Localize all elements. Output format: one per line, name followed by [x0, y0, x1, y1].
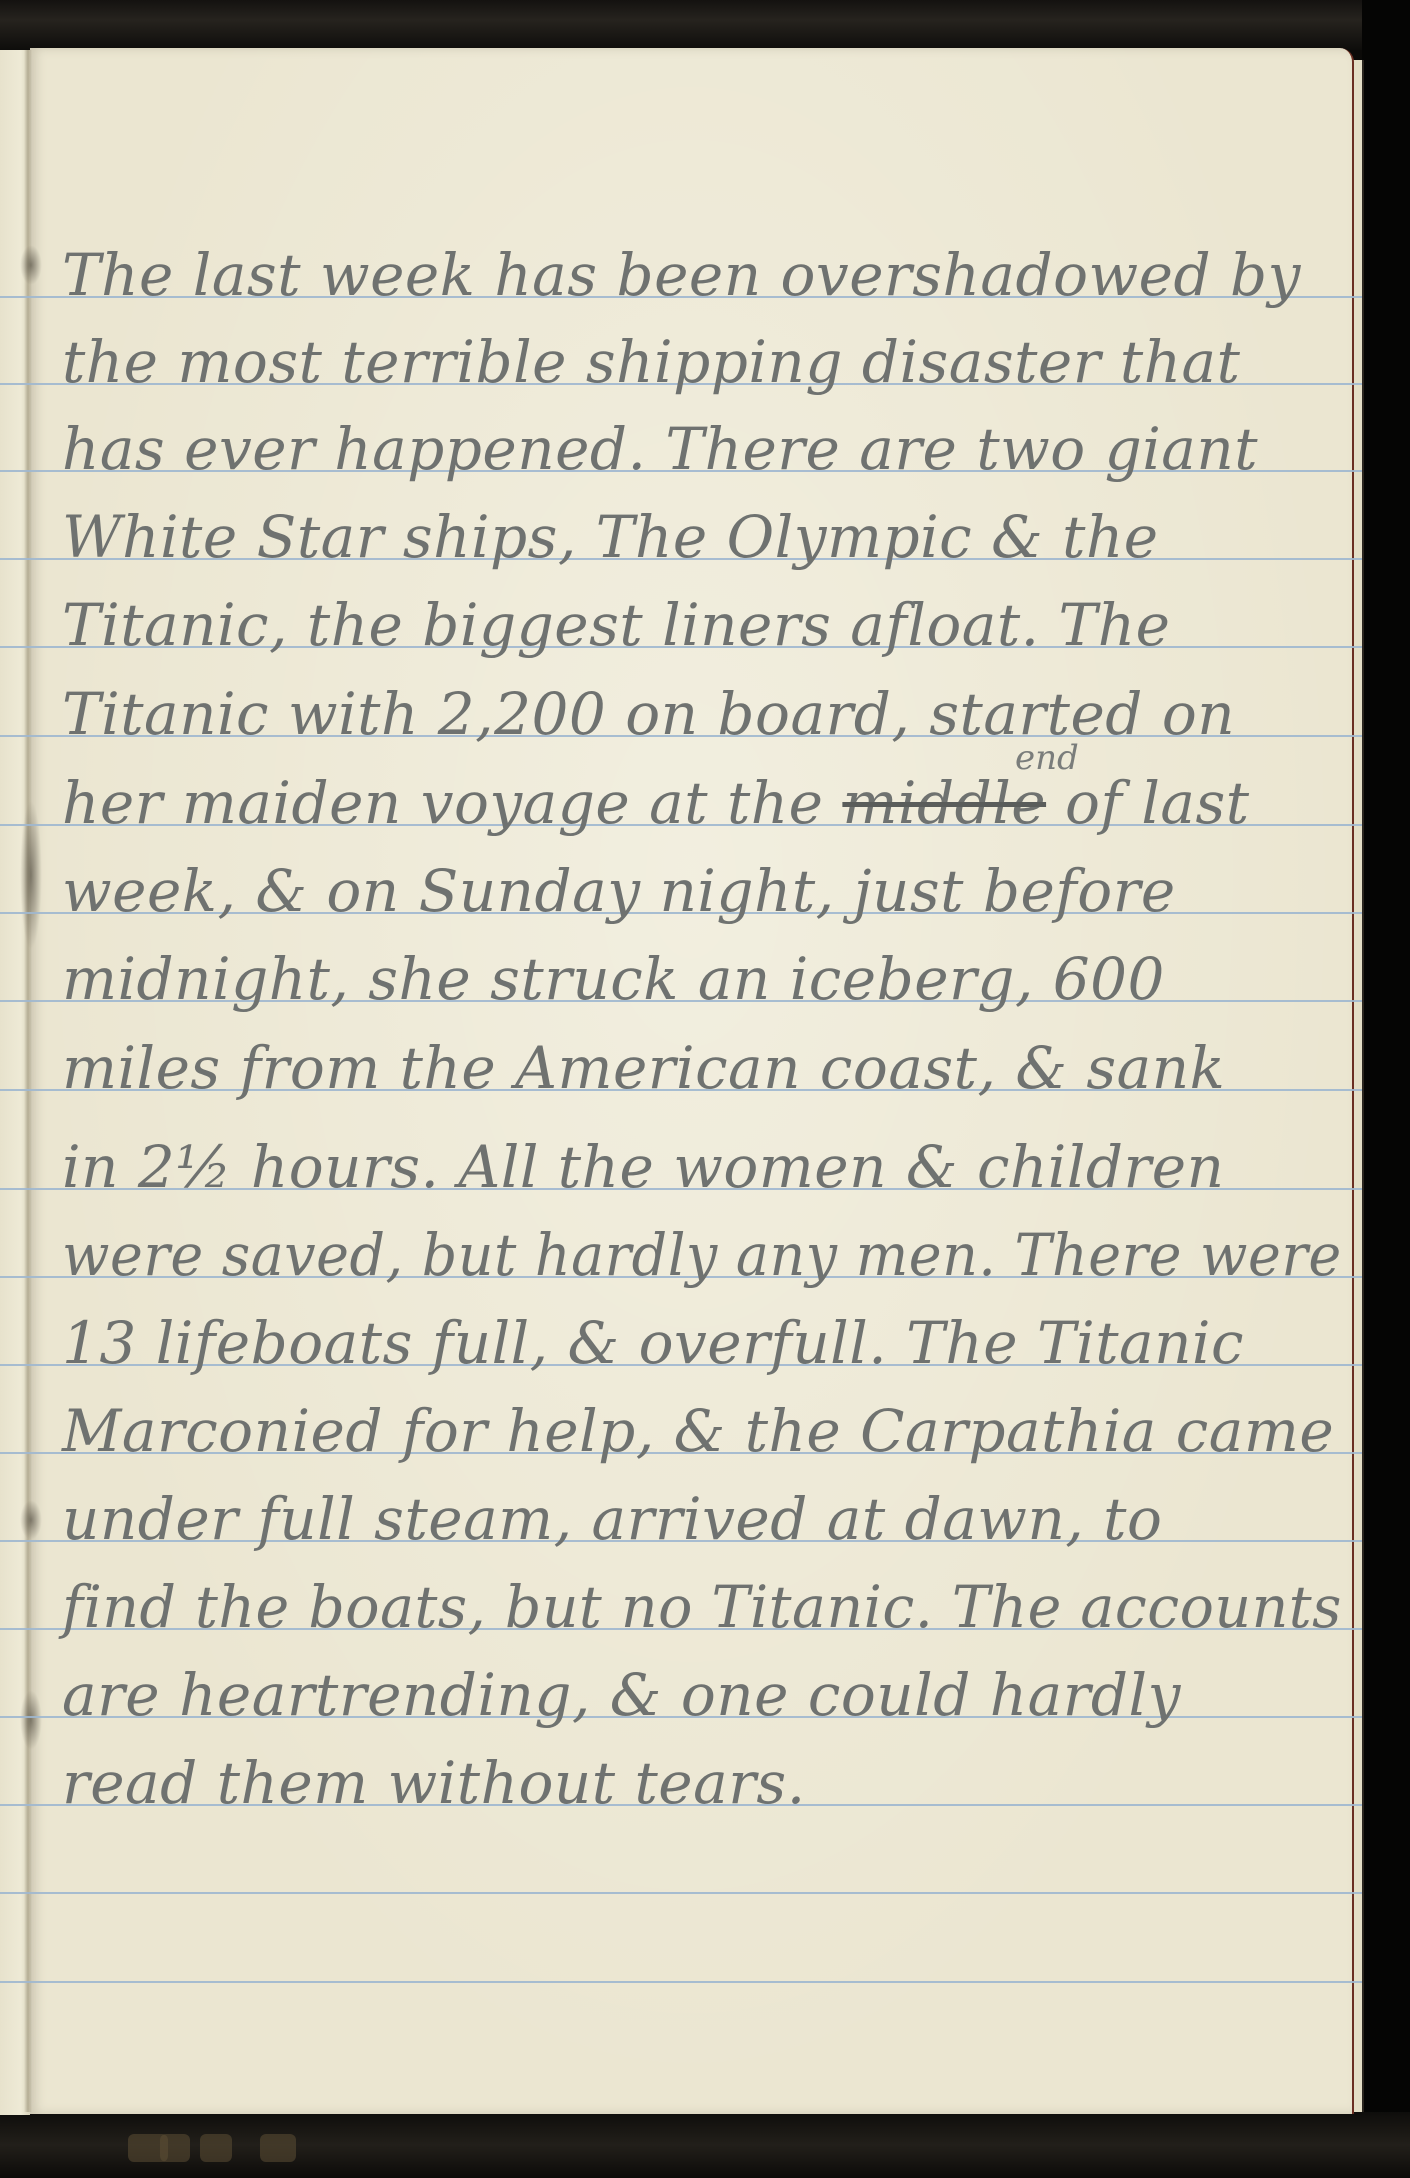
text-line: 13 lifeboats full, & overfull. The Titan… — [62, 1314, 1244, 1372]
text-line-with-correction: her maiden voyage at the middle of last — [62, 774, 1250, 832]
text-line: miles from the American coast, & sank — [62, 1039, 1225, 1097]
notebook-cover-bottom — [0, 2112, 1410, 2178]
text-line: find the boats, but no Titanic. The acco… — [62, 1578, 1342, 1636]
text-segment: her maiden voyage at the — [62, 769, 842, 837]
text-line: Titanic, the biggest liners afloat. The — [62, 596, 1170, 654]
inserted-correction: end — [1015, 738, 1079, 778]
text-line: are heartrending, & one could hardly — [62, 1666, 1181, 1724]
text-line: has ever happened. There are two giant — [62, 420, 1258, 478]
struck-out-word: middle — [842, 769, 1046, 837]
cover-emboss-mark — [260, 2134, 296, 2162]
text-line: Marconied for help, & the Carpathia came — [62, 1402, 1334, 1460]
text-line: in 2½ hours. All the women & children — [62, 1138, 1224, 1196]
text-line: read them without tears. — [62, 1754, 806, 1812]
notebook-cover-top — [0, 0, 1410, 50]
text-line: under full steam, arrived at dawn, to — [62, 1490, 1162, 1548]
text-line: Titanic with 2,200 on board, started on — [62, 685, 1235, 743]
cover-emboss-mark — [200, 2134, 232, 2162]
text-line: midnight, she struck an iceberg, 600 — [62, 950, 1165, 1008]
notebook-cover-right — [1362, 0, 1410, 2178]
text-line: the most terrible shipping disaster that — [62, 333, 1240, 391]
text-line: The last week has been overshadowed by — [62, 246, 1301, 304]
cover-emboss-mark — [160, 2134, 190, 2162]
text-line: week, & on Sunday night, just before — [62, 862, 1176, 920]
text-line: White Star ships, The Olympic & the — [62, 508, 1159, 566]
text-line: were saved, but hardly any men. There we… — [62, 1226, 1342, 1284]
text-segment: of last — [1046, 769, 1249, 837]
handwritten-entry: The last week has been overshadowed by t… — [30, 48, 1352, 2114]
